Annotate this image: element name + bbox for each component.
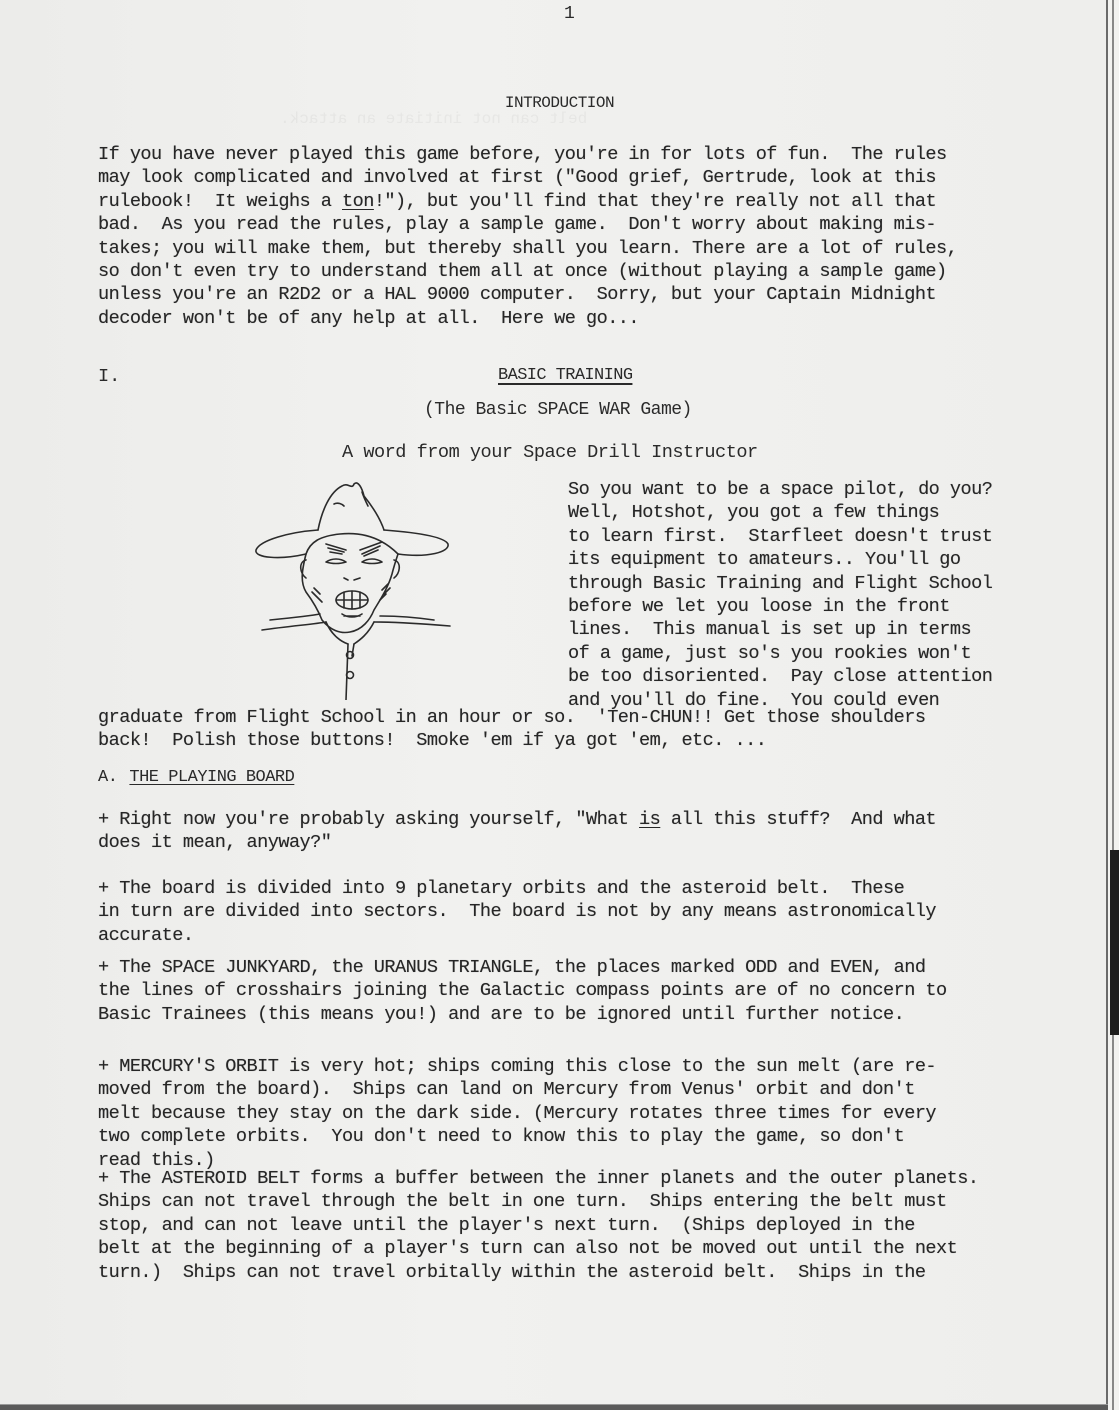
rule-paragraph: + The ASTEROID BELT forms a buffer betwe… bbox=[98, 1167, 978, 1284]
text-line: its equipment to amateurs.. You'll go bbox=[568, 548, 992, 571]
section-title-text: BASIC TRAINING bbox=[498, 366, 632, 385]
text-line: before we let you loose in the front bbox=[568, 595, 992, 618]
rule-paragraph: + Right now you're probably asking yours… bbox=[98, 808, 936, 855]
drill-instructor-heading: A word from your Space Drill Instructor bbox=[342, 442, 758, 463]
introduction-paragraph: If you have never played this game befor… bbox=[98, 143, 957, 330]
text-line: two complete orbits. You don't need to k… bbox=[98, 1125, 936, 1148]
text-line: decoder won't be of any help at all. Her… bbox=[98, 307, 957, 330]
page-edge-bottom bbox=[0, 1404, 1108, 1410]
text-line: of a game, just so's you rookies won't bbox=[568, 642, 992, 665]
subsection-letter: A. bbox=[98, 768, 117, 787]
text-line: moved from the board). Ships can land on… bbox=[98, 1078, 936, 1101]
bleed-through-text: belt can not initiate an attack. bbox=[280, 110, 587, 128]
text-line: be too disoriented. Pay close attention bbox=[568, 665, 992, 688]
text-line: the lines of crosshairs joining the Gala… bbox=[98, 979, 947, 1002]
text-line: lines. This manual is set up in terms bbox=[568, 618, 992, 641]
text-line: Ships can not travel through the belt in… bbox=[98, 1190, 978, 1213]
introduction-heading: INTRODUCTION bbox=[0, 94, 1119, 112]
text-line: + The board is divided into 9 planetary … bbox=[98, 877, 936, 900]
instructor-speech-continued: graduate from Flight School in an hour o… bbox=[98, 706, 925, 753]
page-edge-right bbox=[1106, 0, 1119, 1410]
text-line: If you have never played this game befor… bbox=[98, 143, 957, 166]
section-number: I. bbox=[98, 366, 120, 387]
text-line: unless you're an R2D2 or a HAL 9000 comp… bbox=[98, 283, 957, 306]
text-line: through Basic Training and Flight School bbox=[568, 572, 992, 595]
text-line: to learn first. Starfleet doesn't trust bbox=[568, 525, 992, 548]
text-line: turn.) Ships can not travel orbitally wi… bbox=[98, 1261, 978, 1284]
subsection-title: THE PLAYING BOARD bbox=[129, 768, 294, 787]
section-title: BASIC TRAINING bbox=[498, 366, 632, 385]
text-line: graduate from Flight School in an hour o… bbox=[98, 706, 925, 729]
instructor-speech: So you want to be a space pilot, do you?… bbox=[568, 478, 992, 712]
text-line: takes; you will make them, but thereby s… bbox=[98, 237, 957, 260]
text-line: + The ASTEROID BELT forms a buffer betwe… bbox=[98, 1167, 978, 1190]
text-line: in turn are divided into sectors. The bo… bbox=[98, 900, 936, 923]
subsection-heading: A.THE PLAYING BOARD bbox=[98, 768, 294, 787]
text-line: may look complicated and involved at fir… bbox=[98, 166, 957, 189]
drill-instructor-drawing-icon bbox=[250, 470, 550, 700]
text-line: melt because they stay on the dark side.… bbox=[98, 1102, 936, 1125]
text-line: So you want to be a space pilot, do you? bbox=[568, 478, 992, 501]
text-line: + Right now you're probably asking yours… bbox=[98, 808, 936, 831]
emphasized-word: ton bbox=[342, 191, 374, 212]
text-line: so don't even try to understand them all… bbox=[98, 260, 957, 283]
text-line: rulebook! It weighs a ton!"), but you'll… bbox=[98, 190, 957, 213]
text-line: + The SPACE JUNKYARD, the URANUS TRIANGL… bbox=[98, 956, 947, 979]
text-line: Basic Trainees (this means you!) and are… bbox=[98, 1003, 947, 1026]
scanned-page: 1 INTRODUCTION If you have never played … bbox=[0, 0, 1108, 1405]
rule-paragraph: + The board is divided into 9 planetary … bbox=[98, 877, 936, 947]
text-line: does it mean, anyway?" bbox=[98, 831, 936, 854]
text-line: back! Polish those buttons! Smoke 'em if… bbox=[98, 729, 925, 752]
text-line: accurate. bbox=[98, 924, 936, 947]
rule-paragraph: + The SPACE JUNKYARD, the URANUS TRIANGL… bbox=[98, 956, 947, 1026]
text-line: belt at the beginning of a player's turn… bbox=[98, 1237, 978, 1260]
text-line: Well, Hotshot, you got a few things bbox=[568, 501, 992, 524]
text-line: stop, and can not leave until the player… bbox=[98, 1214, 978, 1237]
text-line: bad. As you read the rules, play a sampl… bbox=[98, 213, 957, 236]
rule-paragraph: + MERCURY'S ORBIT is very hot; ships com… bbox=[98, 1055, 936, 1172]
section-subtitle: (The Basic SPACE WAR Game) bbox=[424, 400, 692, 420]
text-line: + MERCURY'S ORBIT is very hot; ships com… bbox=[98, 1055, 936, 1078]
page-edge-dark-strip bbox=[1110, 850, 1119, 1035]
page-number: 1 bbox=[564, 4, 575, 24]
emphasized-word: is bbox=[639, 809, 660, 830]
